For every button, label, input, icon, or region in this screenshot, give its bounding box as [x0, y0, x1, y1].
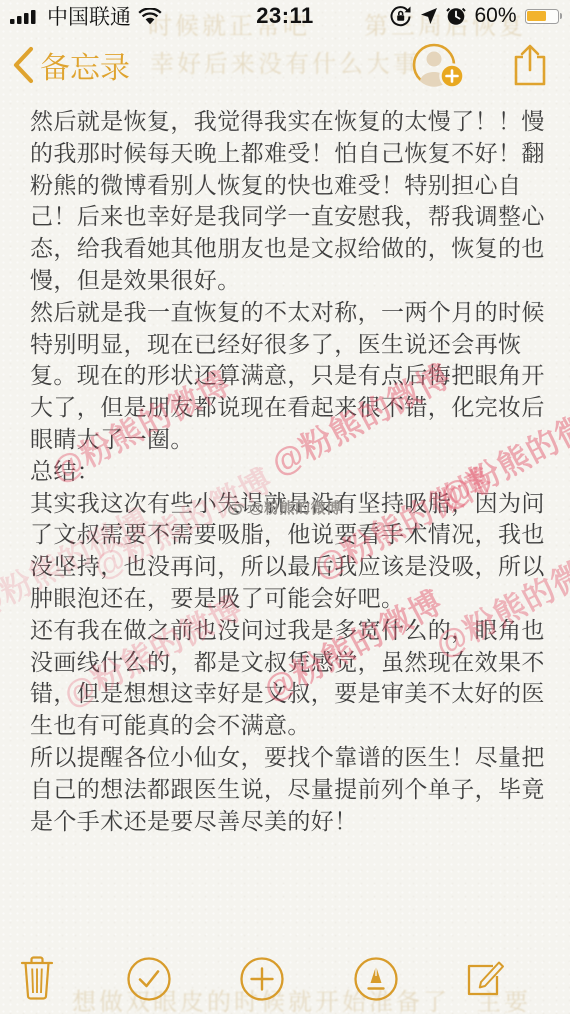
note-line: 肿眼泡还在，要是吸了可能会好吧。	[30, 583, 552, 615]
note-line: 眼睛大了一圈。	[30, 424, 552, 456]
note-line: 自己的想法都跟医生说，尽量提前列个单子，毕竟	[30, 774, 552, 806]
note-line: 是个手术还是要尽善尽美的好！	[30, 806, 552, 838]
note-line: 没画线什么的，都是文叔凭感觉，虽然现在效果不	[30, 647, 552, 679]
trash-icon[interactable]	[18, 956, 56, 1000]
note-line: 的我那时候每天晚上都难受！怕自己恢复不好！翻	[30, 138, 552, 170]
note-line: 其实我这次有些小失误就是没有坚持吸脂，因为问	[30, 488, 552, 520]
battery-icon	[525, 9, 563, 24]
note-line: 态，给我看她其他朋友也是文叔给做的，恢复的也	[30, 233, 552, 265]
add-icon[interactable]	[239, 956, 285, 1002]
note-line: 总结：	[30, 456, 552, 488]
note-line: 还有我在做之前也没问过我是多宽什么的，眼角也	[30, 615, 552, 647]
note-line: 然后就是我一直恢复的不太对称，一两个月的时候	[30, 297, 552, 329]
note-line: 然后就是恢复，我觉得我实在恢复的太慢了！！慢	[30, 106, 552, 138]
add-person-icon[interactable]	[410, 41, 468, 89]
back-button[interactable]: 备忘录	[0, 43, 130, 87]
compose-icon[interactable]	[463, 956, 507, 1000]
note-line: 没坚持，也没再问，所以最后我应该是没吸，所以	[30, 551, 552, 583]
status-bar: 中国联通 23:11	[0, 0, 570, 32]
bottom-toolbar	[0, 952, 570, 1014]
note-text[interactable]: 然后就是恢复，我觉得我实在恢复的太慢了！！慢的我那时候每天晚上都难受！怕自己恢复…	[30, 106, 552, 837]
note-line: 复。现在的形状还算满意，只是有点后悔把眼角开	[30, 360, 552, 392]
note-line: 错，但是想想这幸好是文叔，要是审美不太好的医	[30, 678, 552, 710]
checklist-icon[interactable]	[126, 956, 172, 1002]
back-button-label: 备忘录	[40, 43, 130, 87]
note-line: 特别明显，现在已经好很多了，医生说还会再恢	[30, 329, 552, 361]
note-line: 己！后来也幸好是我同学一直安慰我，帮我调整心	[30, 201, 552, 233]
battery-fill	[527, 11, 546, 21]
note-line: 生也有可能真的会不满意。	[30, 710, 552, 742]
draw-icon[interactable]	[353, 956, 399, 1002]
note-line: 慢，但是效果很好。	[30, 265, 552, 297]
note-line: 粉熊的微博看别人恢复的快也难受！特别担心自	[30, 170, 552, 202]
clock-time: 23:11	[0, 3, 570, 29]
back-chevron-icon	[12, 46, 34, 84]
share-icon[interactable]	[512, 43, 548, 87]
notes-app-screen: 时候就正常吧 第三周后恢复 幸好后来没有什么大事 想做双眼皮的时候就开始准备了 …	[0, 0, 570, 1014]
note-line: 大了，但是朋友都说现在看起来很不错，化完妆后	[30, 392, 552, 424]
note-line: 了文叔需要不需要吸脂，他说要看手术情况，我也	[30, 519, 552, 551]
note-line: 所以提醒各位小仙女，要找个靠谱的医生！尽量把	[30, 742, 552, 774]
nav-bar: 备忘录	[0, 32, 570, 98]
